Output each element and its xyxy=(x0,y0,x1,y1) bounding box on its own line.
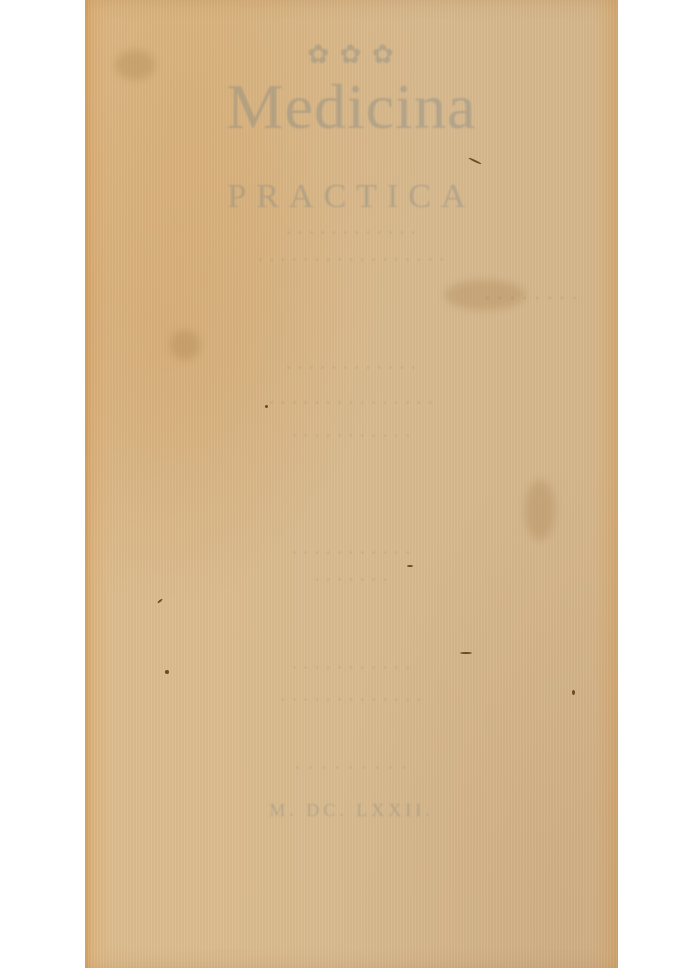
bleed-line: · · · · · · · · · · · · xyxy=(85,360,618,378)
bleed-title: Medicina xyxy=(85,70,618,144)
bleed-line: · · · · · · · · · · · · · xyxy=(85,692,618,710)
bleed-line: · · · · · · · xyxy=(85,572,618,590)
book-page: ✿ ✿ ✿ Medicina PRACTICA · · · · · · · · … xyxy=(85,0,618,968)
bleed-line: · · · · · · · · · · · xyxy=(85,545,618,563)
bleed-imprint: · · · · · · · · · xyxy=(85,760,618,778)
paper-speck xyxy=(460,652,472,654)
paper-speck xyxy=(407,565,413,567)
foxing-stain xyxy=(170,330,200,360)
bleed-line: · · · · · · · · xyxy=(265,288,690,309)
bleed-line: · · · · · · · · · · · · xyxy=(85,225,618,243)
bleed-line: · · · · · · · · · · · · · · · · · xyxy=(85,252,618,270)
bleed-line: · · · · · · · · · · · · · · · xyxy=(85,395,618,413)
bleed-subtitle: PRACTICA xyxy=(85,178,618,216)
foxing-stain xyxy=(525,480,555,540)
bleed-line: · · · · · · · · · · · xyxy=(85,660,618,678)
bleed-line: · · · · · · · · · · · xyxy=(85,428,618,446)
bleed-ornament: ✿ ✿ ✿ xyxy=(85,40,618,70)
bleed-year: M. DC. LXXII. xyxy=(85,800,618,821)
